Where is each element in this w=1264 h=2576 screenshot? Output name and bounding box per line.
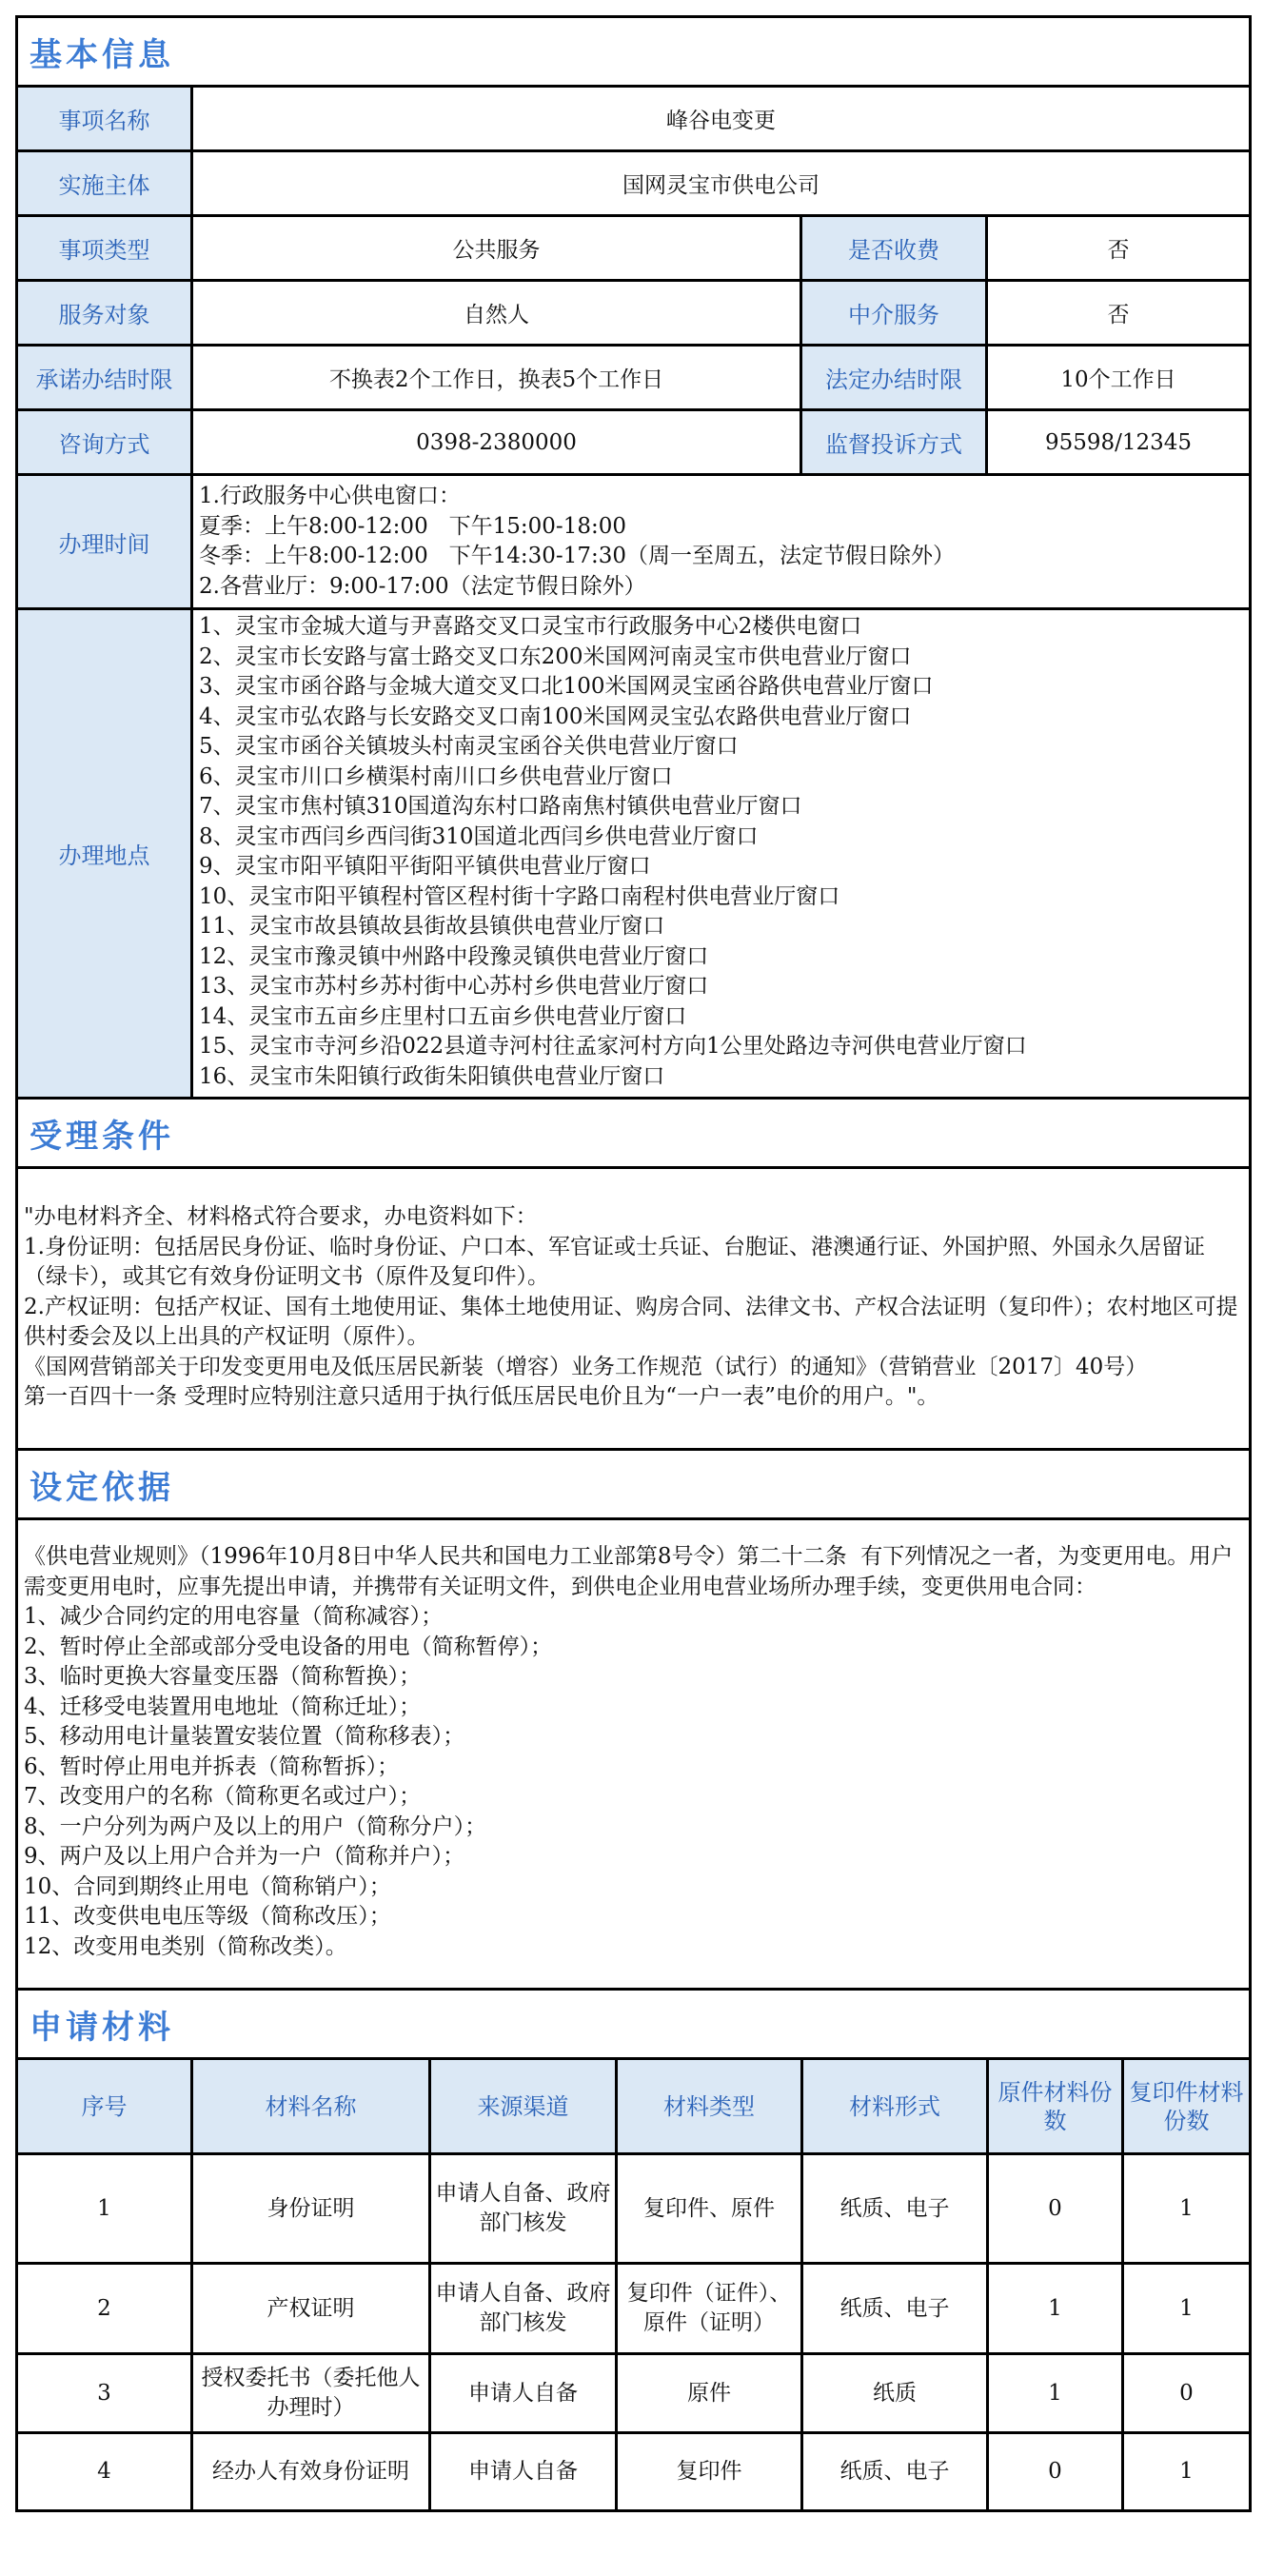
location-line: 13、灵宝市苏村乡苏村街中心苏村乡供电营业厅窗口 (199, 972, 1243, 1002)
basis-content: 《供电营业规则》（1996年10月8日中华人民共和国电力工业部第8号令）第二十二… (17, 1519, 1251, 1990)
cell-type: 原件 (617, 2354, 802, 2433)
location-line: 8、灵宝市西闫乡西闫街310国道北西闫乡供电营业厅窗口 (199, 822, 1243, 853)
value-consult: 0398-2380000 (192, 410, 801, 475)
value-intermediary: 否 (987, 281, 1251, 346)
cell-source: 申请人自备 (430, 2433, 617, 2511)
condition-line: "办电材料齐全、材料格式符合要求，办电资料如下： (24, 1202, 1243, 1233)
basis-line: 5、移动用电计量装置安装位置（简称移表）； (24, 1722, 1243, 1753)
hours-line: 冬季：上午8:00-12:00 下午14:30-17:30（周一至周五，法定节假… (199, 542, 1243, 572)
col-header-original-count: 原件材料份数 (988, 2059, 1123, 2154)
label-consult: 咨询方式 (17, 410, 192, 475)
cell-copy-count: 0 (1123, 2354, 1251, 2433)
table-row: 2 产权证明 申请人自备、政府部门核发 复印件（证件）、原件（证明） 纸质、电子… (17, 2264, 1251, 2354)
cell-no: 4 (17, 2433, 192, 2511)
cell-original-count: 1 (988, 2264, 1123, 2354)
col-header-copy-count: 复印件材料份数 (1123, 2059, 1251, 2154)
cell-no: 1 (17, 2154, 192, 2264)
cell-original-count: 0 (988, 2433, 1123, 2511)
location-line: 5、灵宝市函谷关镇坡头村南灵宝函谷关供电营业厅窗口 (199, 732, 1243, 763)
basis-line: 《供电营业规则》（1996年10月8日中华人民共和国电力工业部第8号令）第二十二… (24, 1542, 1243, 1602)
cell-original-count: 0 (988, 2154, 1123, 2264)
cell-name: 授权委托书（委托他人办理时） (192, 2354, 430, 2433)
hours-line: 夏季：上午8:00-12:00 下午15:00-18:00 (199, 512, 1243, 543)
location-line: 9、灵宝市阳平镇阳平街阳平镇供电营业厅窗口 (199, 852, 1243, 882)
cell-source: 申请人自备 (430, 2354, 617, 2433)
hours-line: 2.各营业厅：9:00-17:00（法定节假日除外） (199, 572, 1243, 603)
location-line: 4、灵宝市弘农路与长安路交叉口南100米国网灵宝弘农路供电营业厅窗口 (199, 703, 1243, 733)
condition-line: 2.产权证明：包括产权证、国有土地使用证、集体土地使用证、购房合同、法律文书、产… (24, 1293, 1243, 1353)
conditions-content: "办电材料齐全、材料格式符合要求，办电资料如下： 1.身份证明：包括居民身份证、… (17, 1168, 1251, 1450)
basis-line: 10、合同到期终止用电（简称销户）； (24, 1873, 1243, 1903)
value-item-name: 峰谷电变更 (192, 87, 1251, 151)
cell-form: 纸质、电子 (802, 2264, 988, 2354)
col-header-form: 材料形式 (802, 2059, 988, 2154)
label-subject: 实施主体 (17, 151, 192, 216)
label-legal-time: 法定办结时限 (801, 346, 987, 410)
table-row: 4 经办人有效身份证明 申请人自备 复印件 纸质、电子 0 1 (17, 2433, 1251, 2511)
value-legal-time: 10个工作日 (987, 346, 1251, 410)
label-complaint: 监督投诉方式 (801, 410, 987, 475)
col-header-no: 序号 (17, 2059, 192, 2154)
basis-line: 3、临时更换大容量变压器（简称暂换）； (24, 1662, 1243, 1693)
cell-type: 复印件 (617, 2433, 802, 2511)
cell-no: 3 (17, 2354, 192, 2433)
location-line: 7、灵宝市焦村镇310国道沟东村口路南焦村镇供电营业厅窗口 (199, 792, 1243, 822)
basis-line: 8、一户分列为两户及以上的用户（简称分户）； (24, 1813, 1243, 1843)
materials-table: 序号 材料名称 来源渠道 材料类型 材料形式 原件材料份数 复印件材料份数 1 … (15, 2057, 1252, 2512)
basis-line: 9、两户及以上用户合并为一户（简称并户）； (24, 1842, 1243, 1873)
cell-type: 复印件（证件）、原件（证明） (617, 2264, 802, 2354)
service-item-document: 基本信息 事项名称 峰谷电变更 实施主体 国网灵宝市供电公司 事项类型 公共服务… (15, 15, 1249, 2512)
cell-no: 2 (17, 2264, 192, 2354)
cell-form: 纸质、电子 (802, 2154, 988, 2264)
section-title-materials: 申请材料 (17, 1990, 1251, 2059)
condition-line: 《国网营销部关于印发变更用电及低压居民新装（增容）业务工作规范（试行）的通知》（… (24, 1353, 1243, 1383)
table-row: 1 身份证明 申请人自备、政府部门核发 复印件、原件 纸质、电子 0 1 (17, 2154, 1251, 2264)
cell-copy-count: 1 (1123, 2154, 1251, 2264)
label-hours: 办理时间 (17, 475, 192, 609)
label-locations: 办理地点 (17, 609, 192, 1099)
location-line: 1、灵宝市金城大道与尹喜路交叉口灵宝市行政服务中心2楼供电窗口 (199, 612, 1243, 643)
location-line: 2、灵宝市长安路与富士路交叉口东200米国网河南灵宝市供电营业厅窗口 (199, 643, 1243, 673)
basis-line: 12、改变用电类别（简称改类）。 (24, 1932, 1243, 1963)
cell-type: 复印件、原件 (617, 2154, 802, 2264)
value-fee: 否 (987, 216, 1251, 281)
section-title-basis: 设定依据 (17, 1450, 1251, 1519)
location-line: 12、灵宝市豫灵镇中州路中段豫灵镇供电营业厅窗口 (199, 942, 1243, 973)
location-line: 10、灵宝市阳平镇程村管区程村街十字路口南程村供电营业厅窗口 (199, 882, 1243, 913)
basis-line: 2、暂时停止全部或部分受电设备的用电（简称暂停）； (24, 1633, 1243, 1663)
col-header-name: 材料名称 (192, 2059, 430, 2154)
label-fee: 是否收费 (801, 216, 987, 281)
cell-name: 身份证明 (192, 2154, 430, 2264)
location-line: 11、灵宝市故县镇故县街故县镇供电营业厅窗口 (199, 912, 1243, 942)
location-line: 15、灵宝市寺河乡沿022县道寺河村往孟家河村方向1公里处路边寺河供电营业厅窗口 (199, 1032, 1243, 1062)
col-header-source: 来源渠道 (430, 2059, 617, 2154)
cell-form: 纸质、电子 (802, 2433, 988, 2511)
cell-source: 申请人自备、政府部门核发 (430, 2154, 617, 2264)
basis-line: 6、暂时停止用电并拆表（简称暂拆）； (24, 1753, 1243, 1783)
table-row: 3 授权委托书（委托他人办理时） 申请人自备 原件 纸质 1 0 (17, 2354, 1251, 2433)
cell-copy-count: 1 (1123, 2433, 1251, 2511)
label-target: 服务对象 (17, 281, 192, 346)
label-promise-time: 承诺办结时限 (17, 346, 192, 410)
value-complaint: 95598/12345 (987, 410, 1251, 475)
col-header-type: 材料类型 (617, 2059, 802, 2154)
value-target: 自然人 (192, 281, 801, 346)
condition-line: 1.身份证明：包括居民身份证、临时身份证、户口本、军官证或士兵证、台胞证、港澳通… (24, 1233, 1243, 1293)
condition-line: 第一百四十一条 受理时应特别注意只适用于执行低压居民电价且为“一户一表”电价的用… (24, 1382, 1243, 1413)
value-promise-time: 不换表2个工作日，换表5个工作日 (192, 346, 801, 410)
location-line: 6、灵宝市川口乡横渠村南川口乡供电营业厅窗口 (199, 763, 1243, 793)
label-item-type: 事项类型 (17, 216, 192, 281)
cell-form: 纸质 (802, 2354, 988, 2433)
cell-name: 产权证明 (192, 2264, 430, 2354)
basis-line: 4、迁移受电装置用电地址（简称迁址）； (24, 1693, 1243, 1723)
value-item-type: 公共服务 (192, 216, 801, 281)
section-title-basic-info: 基本信息 (17, 17, 1251, 87)
value-locations: 1、灵宝市金城大道与尹喜路交叉口灵宝市行政服务中心2楼供电窗口 2、灵宝市长安路… (192, 609, 1251, 1099)
label-item-name: 事项名称 (17, 87, 192, 151)
location-line: 3、灵宝市函谷路与金城大道交叉口北100米国网灵宝函谷路供电营业厅窗口 (199, 672, 1243, 703)
cell-copy-count: 1 (1123, 2264, 1251, 2354)
basis-line: 11、改变供电电压等级（简称改压）； (24, 1902, 1243, 1932)
basis-line: 1、减少合同约定的用电容量（简称减容）； (24, 1602, 1243, 1633)
basic-info-table: 基本信息 事项名称 峰谷电变更 实施主体 国网灵宝市供电公司 事项类型 公共服务… (15, 15, 1252, 2060)
cell-source: 申请人自备、政府部门核发 (430, 2264, 617, 2354)
location-line: 14、灵宝市五亩乡庄里村口五亩乡供电营业厅窗口 (199, 1002, 1243, 1033)
location-line: 16、灵宝市朱阳镇行政街朱阳镇供电营业厅窗口 (199, 1062, 1243, 1093)
section-title-conditions: 受理条件 (17, 1099, 1251, 1168)
cell-name: 经办人有效身份证明 (192, 2433, 430, 2511)
label-intermediary: 中介服务 (801, 281, 987, 346)
basis-line: 7、改变用户的名称（简称更名或过户）； (24, 1782, 1243, 1813)
hours-line: 1.行政服务中心供电窗口： (199, 482, 1243, 512)
value-hours: 1.行政服务中心供电窗口： 夏季：上午8:00-12:00 下午15:00-18… (192, 475, 1251, 609)
value-subject: 国网灵宝市供电公司 (192, 151, 1251, 216)
cell-original-count: 1 (988, 2354, 1123, 2433)
